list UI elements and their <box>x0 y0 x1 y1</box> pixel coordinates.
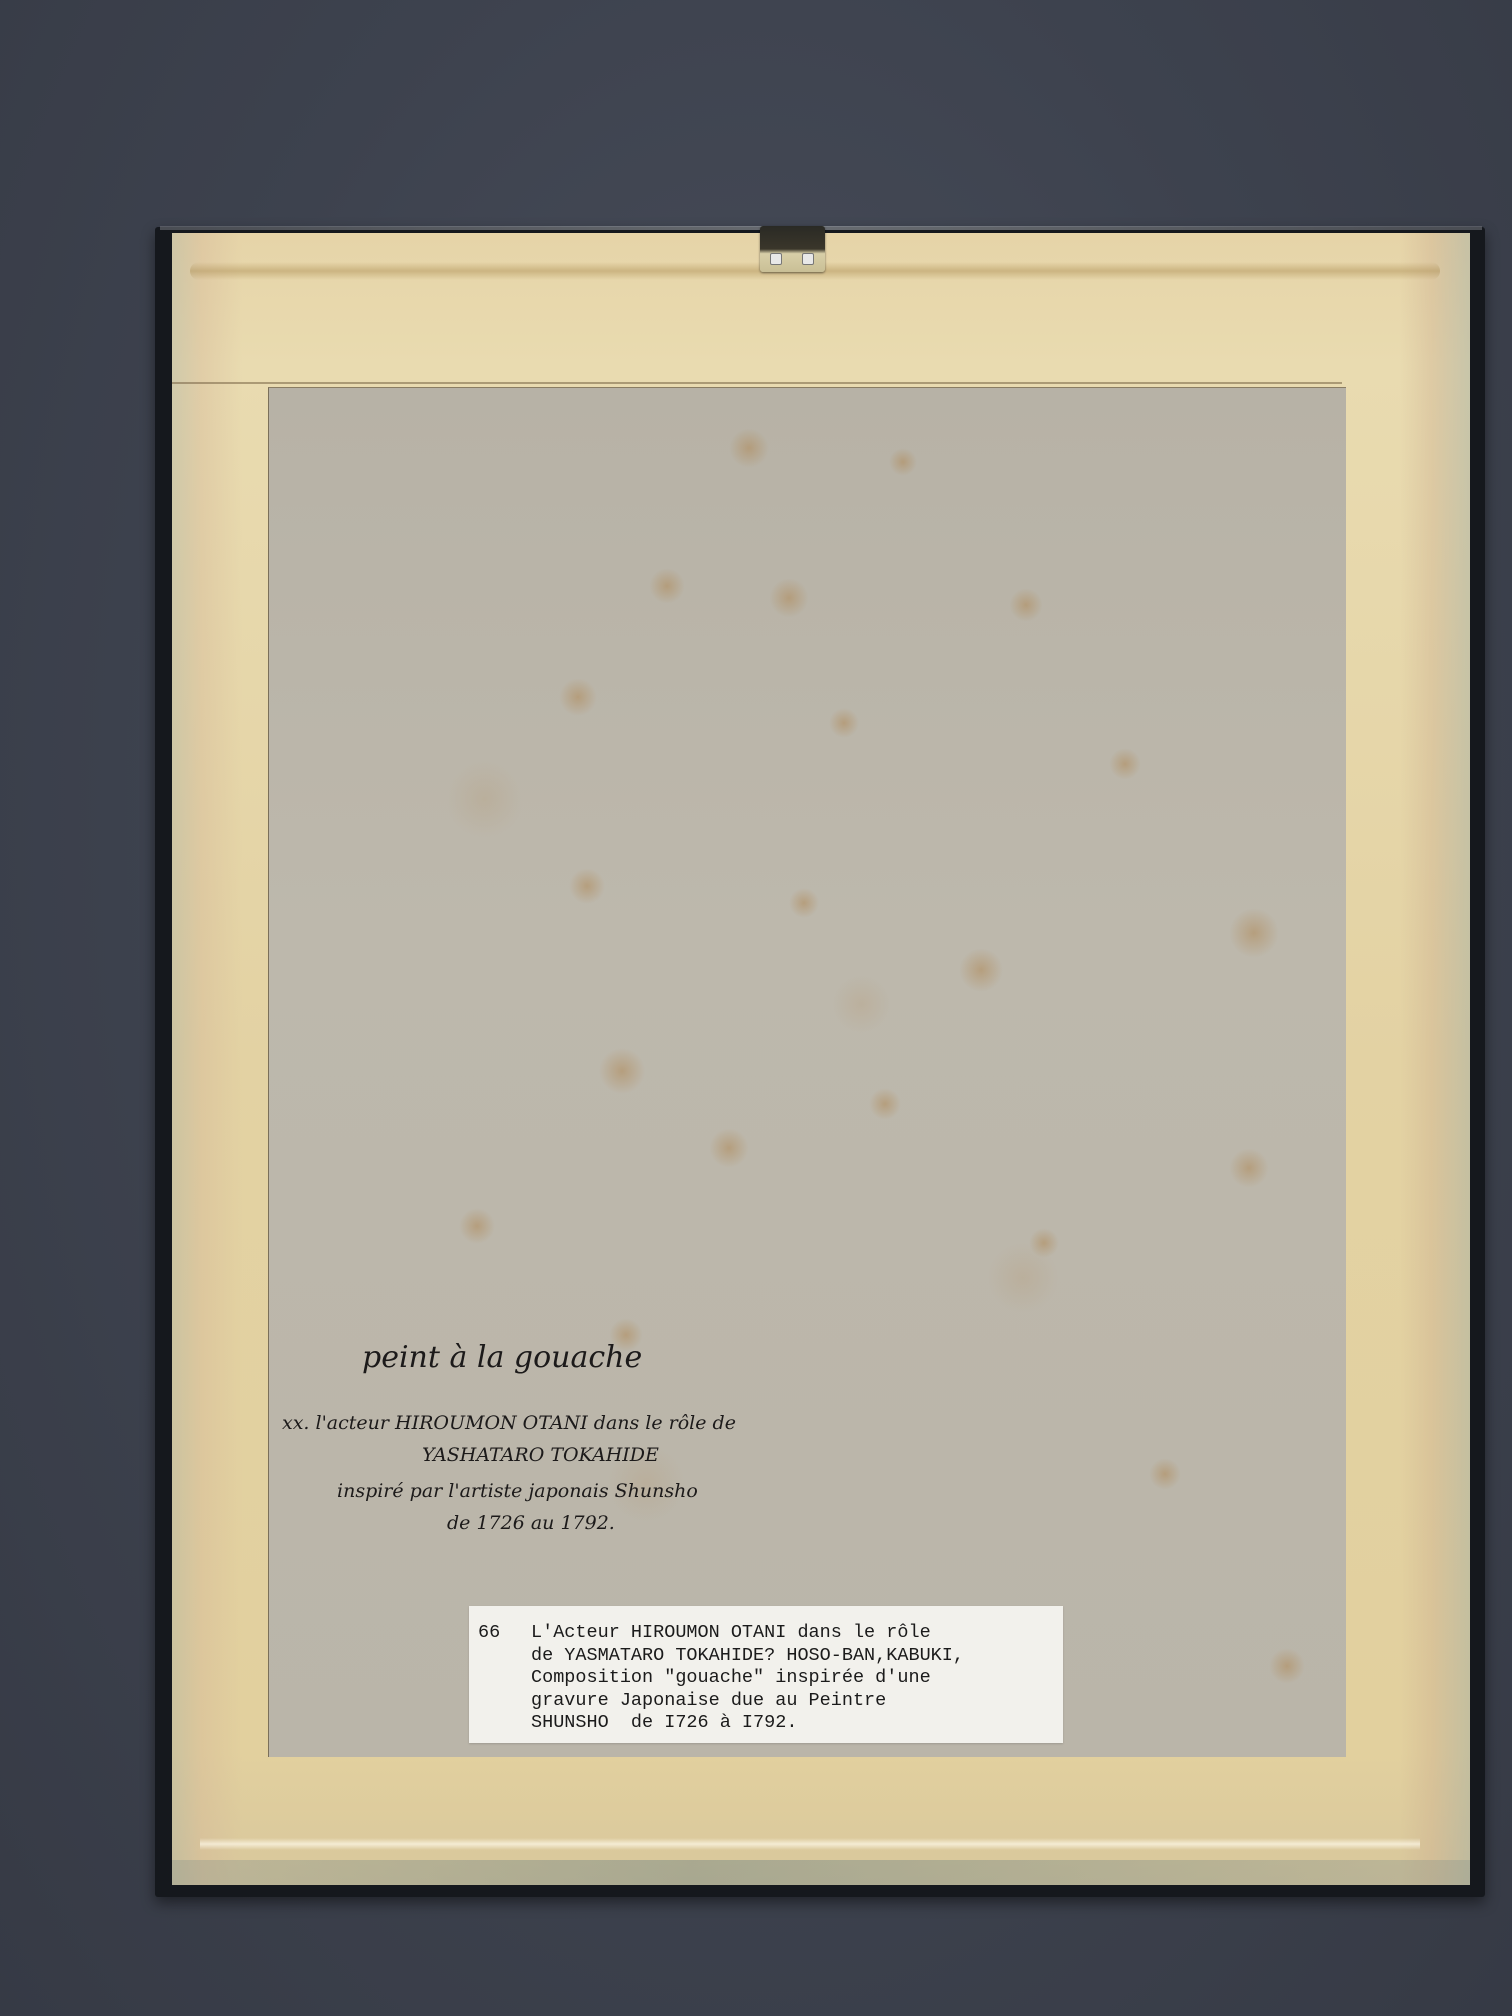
foxing-spot <box>709 1128 749 1168</box>
foxing-spot <box>649 568 685 604</box>
foxing-spot <box>769 578 809 618</box>
foxing-spot <box>889 448 917 476</box>
label-line: Composition "gouache" inspirée d'une <box>531 1667 964 1690</box>
foxing-spot <box>569 868 605 904</box>
foxing-spot <box>1149 1458 1181 1490</box>
foxing-spot <box>1109 748 1141 780</box>
tape-seam <box>172 382 1342 384</box>
handwritten-line-5: de 1726 au 1792. <box>447 1512 615 1534</box>
lot-number: 66 <box>478 1622 500 1645</box>
foxing-spot <box>1029 1228 1059 1258</box>
foxing-spot <box>959 948 1003 992</box>
rivet-icon <box>802 253 814 265</box>
foxing-spot <box>459 1208 495 1244</box>
foxing-spot <box>599 1048 645 1094</box>
typed-catalog-label: 66 L'Acteur HIROUMON OTANI dans le rôle … <box>469 1606 1063 1743</box>
label-line: gravure Japonaise due au Peintre <box>531 1690 964 1713</box>
handwritten-line-1: peint à la gouache <box>362 1340 642 1375</box>
foxing-spot <box>1009 588 1043 622</box>
foxing-spot <box>829 708 859 738</box>
tape-bottom-band <box>172 1860 1470 1885</box>
foxing-spot <box>1229 1148 1269 1188</box>
label-line: L'Acteur HIROUMON OTANI dans le rôle <box>531 1622 964 1645</box>
foxing-spot <box>789 888 819 918</box>
hanger-clip-icon <box>760 226 825 272</box>
label-line: de YASMATARO TOKAHIDE? HOSO-BAN,KABUKI, <box>531 1645 964 1668</box>
handwritten-line-4: inspiré par l'artiste japonais Shunsho <box>337 1480 698 1502</box>
cardboard-backing <box>268 387 1346 1757</box>
rivet-icon <box>770 253 782 265</box>
tape-fold-bottom <box>200 1838 1420 1850</box>
foxing-spot <box>1269 1648 1305 1684</box>
foxing-spot <box>1229 908 1279 958</box>
foxing-spot <box>559 678 597 716</box>
label-line: SHUNSHO de I726 à I792. <box>531 1712 964 1735</box>
handwritten-line-2: xx. l'acteur HIROUMON OTANI dans le rôle… <box>282 1412 736 1434</box>
foxing-spot <box>729 428 769 468</box>
handwritten-line-3: YASHATARO TOKAHIDE <box>422 1444 659 1466</box>
foxing-spot <box>869 1088 901 1120</box>
